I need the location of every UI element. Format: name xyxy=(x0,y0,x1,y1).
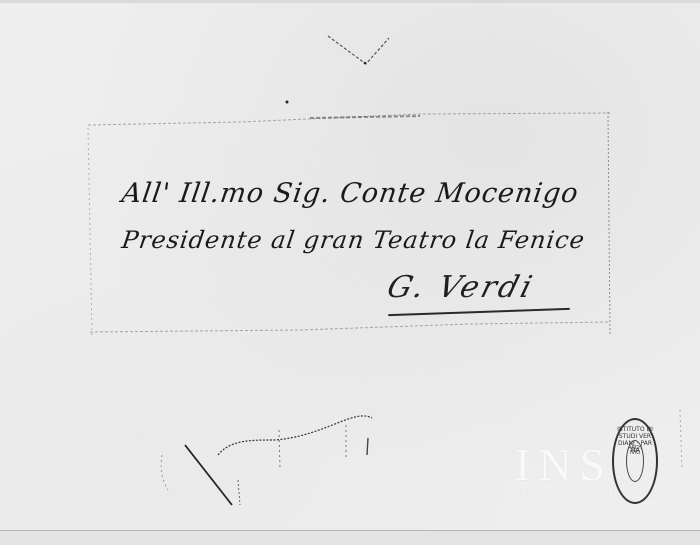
address-line-1: All' Ill.mo Sig. Conte Mocenigo xyxy=(120,178,581,209)
watermark-logo: INS xyxy=(515,438,613,491)
signature: G. Verdi xyxy=(383,270,538,305)
address-line-2: Presidente al gran Teatro la Fenice xyxy=(120,226,587,254)
page-bottom-edge xyxy=(0,530,700,545)
stamp-inner-text: ARCHIVIO xyxy=(628,446,642,456)
stamp-inner-ring: ARCHIVIO xyxy=(626,440,644,482)
document-page: All' Ill.mo Sig. Conte Mocenigo Presiden… xyxy=(0,0,700,545)
archive-stamp: ISTITUTO DI STUDI VERDIANI · PARMA ARCHI… xyxy=(612,418,658,504)
